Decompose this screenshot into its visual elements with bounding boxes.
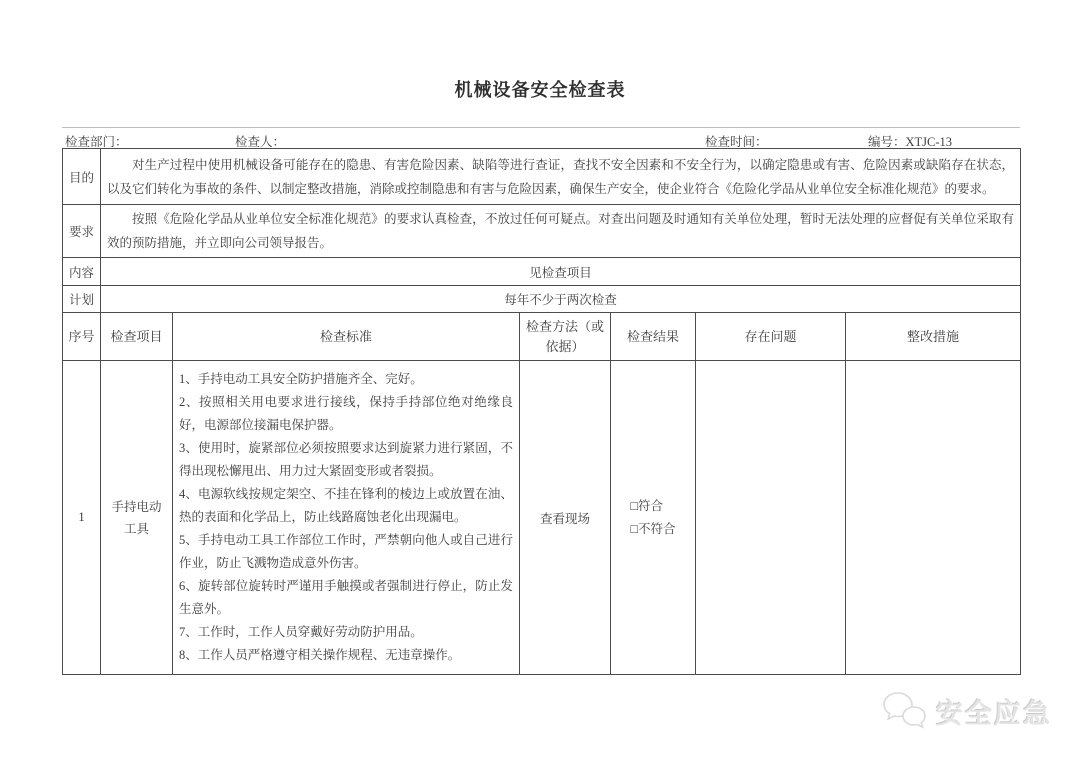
page-title: 机械设备安全检查表 xyxy=(0,76,1080,102)
standard-item: 7、工作时，工作人员穿戴好劳动防护用品。 xyxy=(179,621,513,644)
col-header-problem: 存在问题 xyxy=(696,313,846,361)
column-header-row: 序号 检查项目 检查标准 检查方法（或依据） 检查结果 存在问题 整改措施 xyxy=(63,313,1021,361)
requirement-row-text: 按照《危险化学品从业单位安全标准化规范》的要求认真检查，不放过任何可疑点。对查出… xyxy=(101,205,1021,258)
method-cell: 查看现场 xyxy=(520,361,611,675)
standard-item: 3、使用时，旋紧部位必须按照要求达到旋紧力进行紧固，不得出现松懈甩出、用力过大紧… xyxy=(179,437,513,483)
standard-item: 4、电源软线按规定架空、不挂在锋利的棱边上或放置在油、热的表面和化学品上，防止线… xyxy=(179,483,513,529)
standard-item: 8、工作人员严格遵守相关操作规程、无违章操作。 xyxy=(179,644,513,667)
col-header-standard: 检查标准 xyxy=(173,313,520,361)
wechat-bubbles-icon xyxy=(880,688,930,734)
checkbox-option-conform: □符合 xyxy=(630,495,675,518)
checkbox-option-nonconform: □不符合 xyxy=(630,518,675,541)
requirement-row-label: 要求 xyxy=(63,205,101,258)
standard-item: 1、手持电动工具安全防护措施齐全、完好。 xyxy=(179,368,513,391)
col-header-method: 检查方法（或依据） xyxy=(520,313,611,361)
watermark: 安全应急 xyxy=(880,688,1052,734)
standards-list: 1、手持电动工具安全防护措施齐全、完好。 2、按照相关用电要求进行接线，保持手持… xyxy=(173,361,520,675)
col-header-no: 序号 xyxy=(63,313,101,361)
table-row: 1 手持电动工具 1、手持电动工具安全防护措施齐全、完好。 2、按照相关用电要求… xyxy=(63,361,1021,675)
col-header-result: 检查结果 xyxy=(611,313,696,361)
watermark-text: 安全应急 xyxy=(936,692,1052,731)
row-number-cell: 1 xyxy=(63,361,101,675)
purpose-row: 目的 对生产过程中使用机械设备可能存在的隐患、有害危险因素、缺陷等进行查证，查找… xyxy=(63,149,1021,205)
inspection-table: 目的 对生产过程中使用机械设备可能存在的隐患、有害危险因素、缺陷等进行查证，查找… xyxy=(62,148,1021,675)
purpose-row-text: 对生产过程中使用机械设备可能存在的隐患、有害危险因素、缺陷等进行查证，查找不安全… xyxy=(101,149,1021,205)
requirement-row: 要求 按照《危险化学品从业单位安全标准化规范》的要求认真检查，不放过任何可疑点。… xyxy=(63,205,1021,258)
plan-row-label: 计划 xyxy=(63,286,101,313)
meta-bar: 检查部门： 检查人： 检查时间： 编号：XTJC-13 xyxy=(62,127,1020,148)
content-row-text: 见检查项目 xyxy=(101,258,1021,286)
col-header-measure: 整改措施 xyxy=(846,313,1021,361)
standard-item: 5、手持电动工具工作部位工作时，严禁朝向他人或自己进行作业，防止飞溅物造成意外伤… xyxy=(179,529,513,575)
content-row: 内容 见检查项目 xyxy=(63,258,1021,286)
standard-item: 6、旋转部位旋转时严谨用手触摸或者强制进行停止，防止发生意外。 xyxy=(179,575,513,621)
purpose-row-label: 目的 xyxy=(63,149,101,205)
col-header-item: 检查项目 xyxy=(101,313,173,361)
plan-row-text: 每年不少于两次检查 xyxy=(101,286,1021,313)
content-row-label: 内容 xyxy=(63,258,101,286)
problems-cell xyxy=(696,361,846,675)
standard-item: 2、按照相关用电要求进行接线，保持手持部位绝对绝缘良好，电源部位接漏电保护器。 xyxy=(179,391,513,437)
measures-cell xyxy=(846,361,1021,675)
document-page: 机械设备安全检查表 检查部门： 检查人： 检查时间： 编号：XTJC-13 目的… xyxy=(0,0,1080,764)
plan-row: 计划 每年不少于两次检查 xyxy=(63,286,1021,313)
result-cell: □符合 □不符合 xyxy=(611,361,696,675)
inspection-item-cell: 手持电动工具 xyxy=(101,361,173,675)
